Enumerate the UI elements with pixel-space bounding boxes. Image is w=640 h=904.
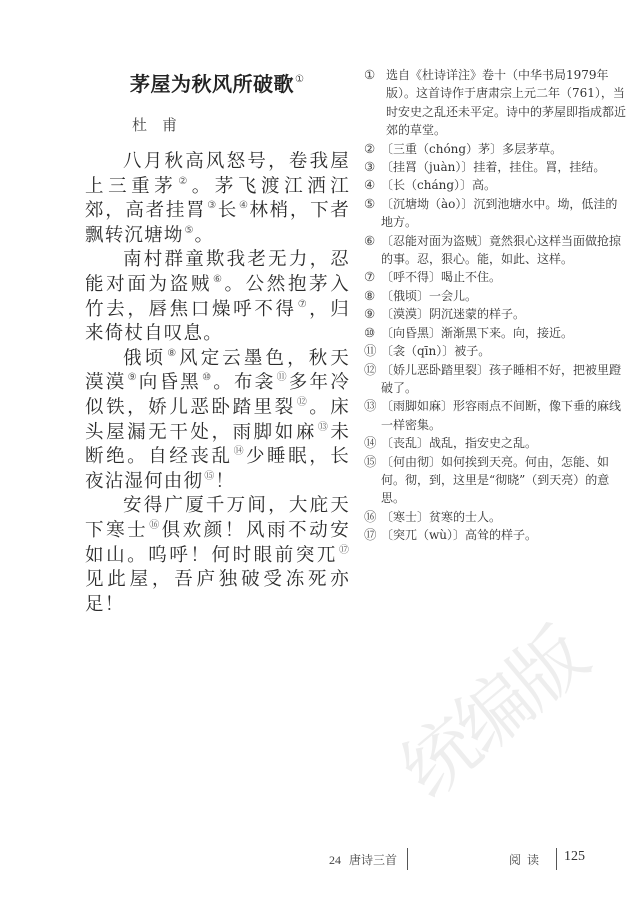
footnote-number: ⑥ xyxy=(364,232,381,269)
footnote-number: ⑤ xyxy=(364,195,381,232)
footnote-marker[interactable]: ⑮ xyxy=(204,471,214,482)
footnote-item: ⑩〔向昏黑〕渐渐黑下来。向，接近。 xyxy=(364,324,626,342)
footnote-item: ⑨〔漠漠〕阴沉迷蒙的样子。 xyxy=(364,305,626,323)
footnote-marker[interactable]: ⑩ xyxy=(202,372,212,383)
poem-text: 向昏黑 xyxy=(139,372,201,393)
footnote-item: ⑮〔何由彻〕如何挨到天亮。何由，怎能、如何。彻，到，这里是“彻晓”（到天亮）的意… xyxy=(364,453,626,508)
footnote-marker[interactable]: ⑤ xyxy=(185,225,194,236)
footnote-number: ⑭ xyxy=(364,434,381,452)
footnote-item: ⑤〔沉塘坳（ào）〕沉到池塘水中。坳，低洼的地方。 xyxy=(364,195,626,232)
footnote-number: ⑫ xyxy=(364,361,381,398)
footnote-text: 〔漠漠〕阴沉迷蒙的样子。 xyxy=(381,305,626,323)
footnote-text: 〔沉塘坳（ào）〕沉到池塘水中。坳，低洼的地方。 xyxy=(381,195,626,232)
footnote-text: 〔衾（qīn）〕被子。 xyxy=(381,342,626,360)
page-footer: 24唐诗三首 阅读 125 xyxy=(0,848,640,872)
footer-lesson-title: 唐诗三首 xyxy=(349,853,397,867)
footnote-marker[interactable]: ⑫ xyxy=(297,397,308,408)
footnote-item: ③〔挂罥（juàn）〕挂着，挂住。罥，挂结。 xyxy=(364,158,626,176)
footnote-item: ⑧〔俄顷〕一会儿。 xyxy=(364,287,626,305)
footnote-item: ⑫〔娇儿恶卧踏里裂〕孩子睡相不好，把被里蹬破了。 xyxy=(364,361,626,398)
poem-stanza: 俄顷⑧风定云墨色，秋天漠漠⑨向昏黑⑩。布衾⑪多年冷似铁，娇儿恶卧踏里裂⑫。床头屋… xyxy=(85,347,350,495)
poem-body: 八月秋高风怒号，卷我屋上三重茅②。茅飞渡江洒江郊，高者挂罥③长④林梢，下者飘转沉… xyxy=(85,150,350,617)
footnote-text: 〔娇儿恶卧踏里裂〕孩子睡相不好，把被里蹬破了。 xyxy=(381,361,626,398)
footer-section: 阅读 xyxy=(509,851,545,868)
footnote-item: ⑥〔忍能对面为盗贼〕竟然狠心这样当面做抢掠的事。忍，狠心。能，如此、这样。 xyxy=(364,232,626,269)
footnote-marker[interactable]: ⑬ xyxy=(318,422,329,433)
poem-text: ！ xyxy=(215,471,235,492)
poem-stanza: 南村群童欺我老无力，忍能对面为盗贼⑥。公然抱茅入竹去，唇焦口燥呼不得⑦，归来倚杖… xyxy=(85,248,350,346)
footnote-number: ⑯ xyxy=(364,508,381,526)
footnote-item: ④〔长（cháng）〕高。 xyxy=(364,176,626,194)
footnotes-column: ①选自《杜诗详注》卷十（中华书局1979年版）。这首诗作于唐肃宗上元二年（761… xyxy=(364,66,626,545)
poem-text: 俄顷 xyxy=(123,348,166,369)
footnote-item: ⑰〔突兀（wù）〕高耸的样子。 xyxy=(364,526,626,544)
footnote-item: ⑪〔衾（qīn）〕被子。 xyxy=(364,342,626,360)
footnote-marker[interactable]: ⑨ xyxy=(128,372,138,383)
poem-text: 长 xyxy=(218,200,238,221)
page-number: 125 xyxy=(564,849,585,865)
footer-divider xyxy=(556,848,557,870)
poem-stanza: 安得广厦千万间，大庇天下寒士⑯俱欢颜！风雨不动安如山。呜呼！何时眼前突兀⑰见此屋… xyxy=(85,494,350,617)
footnote-text: 〔三重（chóng）茅〕多层茅草。 xyxy=(381,140,626,158)
footnote-item: ⑭〔丧乱〕战乱，指安史之乱。 xyxy=(364,434,626,452)
footnote-text: 选自《杜诗详注》卷十（中华书局1979年版）。这首诗作于唐肃宗上元二年（761）… xyxy=(386,66,626,140)
footnote-text: 〔呼不得〕喝止不住。 xyxy=(381,268,626,286)
footnote-text: 〔雨脚如麻〕形容雨点不间断，像下垂的麻线一样密集。 xyxy=(381,397,626,434)
footnote-marker[interactable]: ④ xyxy=(239,200,248,211)
footnote-number: ⑦ xyxy=(364,268,381,286)
footnote-number: ⑨ xyxy=(364,305,381,323)
poem-title: 茅屋为秋风所破歌① xyxy=(130,68,304,97)
poem-text: 。 xyxy=(194,225,214,246)
footnote-text: 〔丧乱〕战乱，指安史之乱。 xyxy=(381,434,626,452)
poem-text: 见此屋，吾庐独破受冻死亦足！ xyxy=(85,569,350,615)
footnote-text: 〔何由彻〕如何挨到天亮。何由，怎能、如何。彻，到，这里是“彻晓”（到天亮）的意思… xyxy=(381,453,626,508)
footnote-number: ④ xyxy=(364,176,381,194)
footnote-marker[interactable]: ⑧ xyxy=(167,348,178,359)
footnote-marker[interactable]: ⑪ xyxy=(277,372,288,383)
footnote-number: ② xyxy=(364,140,381,158)
footnote-number: ① xyxy=(364,66,386,140)
footnote-number: ⑧ xyxy=(364,287,381,305)
footnote-marker[interactable]: ⑰ xyxy=(339,545,349,556)
poem-author: 杜 甫 xyxy=(132,114,177,135)
footnote-number: ⑩ xyxy=(364,324,381,342)
footnote-text: 〔俄顷〕一会儿。 xyxy=(381,287,626,305)
footer-lesson: 24唐诗三首 xyxy=(329,851,397,868)
footnote-text: 〔忍能对面为盗贼〕竟然狠心这样当面做抢掠的事。忍，狠心。能，如此、这样。 xyxy=(381,232,626,269)
footnote-number: ③ xyxy=(364,158,381,176)
poem-stanza: 八月秋高风怒号，卷我屋上三重茅②。茅飞渡江洒江郊，高者挂罥③长④林梢，下者飘转沉… xyxy=(85,150,350,248)
footnote-text: 〔寒士〕贫寒的士人。 xyxy=(381,508,626,526)
footnote-item: ⑦〔呼不得〕喝止不住。 xyxy=(364,268,626,286)
poem-title-text: 茅屋为秋风所破歌 xyxy=(130,72,294,96)
footnote-text: 〔长（cháng）〕高。 xyxy=(381,176,626,194)
footnote-number: ⑮ xyxy=(364,453,381,508)
footnote-item: ⑯〔寒士〕贫寒的士人。 xyxy=(364,508,626,526)
textbook-page: 茅屋为秋风所破歌① 杜 甫 八月秋高风怒号，卷我屋上三重茅②。茅飞渡江洒江郊，高… xyxy=(0,0,640,904)
footnote-marker[interactable]: ③ xyxy=(207,200,216,211)
footnote-marker[interactable]: ② xyxy=(178,176,190,187)
watermark-text: 统编版 xyxy=(375,601,604,817)
footnote-marker[interactable]: ⑭ xyxy=(234,446,245,457)
poem-text: 。布衾 xyxy=(213,372,275,393)
footnote-number: ⑬ xyxy=(364,397,381,434)
footnote-text: 〔突兀（wù）〕高耸的样子。 xyxy=(381,526,626,544)
footnote-text: 〔向昏黑〕渐渐黑下来。向，接近。 xyxy=(381,324,626,342)
footnote-marker[interactable]: ⑦ xyxy=(298,299,308,310)
title-footnote-marker[interactable]: ① xyxy=(295,74,304,85)
footnote-item: ②〔三重（chóng）茅〕多层茅草。 xyxy=(364,140,626,158)
footer-divider xyxy=(407,848,408,870)
footnote-number: ⑪ xyxy=(364,342,381,360)
footer-lesson-number: 24 xyxy=(329,853,341,867)
footnote-item: ①选自《杜诗详注》卷十（中华书局1979年版）。这首诗作于唐肃宗上元二年（761… xyxy=(364,66,626,140)
footnote-item: ⑬〔雨脚如麻〕形容雨点不间断，像下垂的麻线一样密集。 xyxy=(364,397,626,434)
footnote-text: 〔挂罥（juàn）〕挂着，挂住。罥，挂结。 xyxy=(381,158,626,176)
footnote-number: ⑰ xyxy=(364,526,381,544)
footnote-marker[interactable]: ⑯ xyxy=(149,520,160,531)
footnote-marker[interactable]: ⑥ xyxy=(213,274,223,285)
